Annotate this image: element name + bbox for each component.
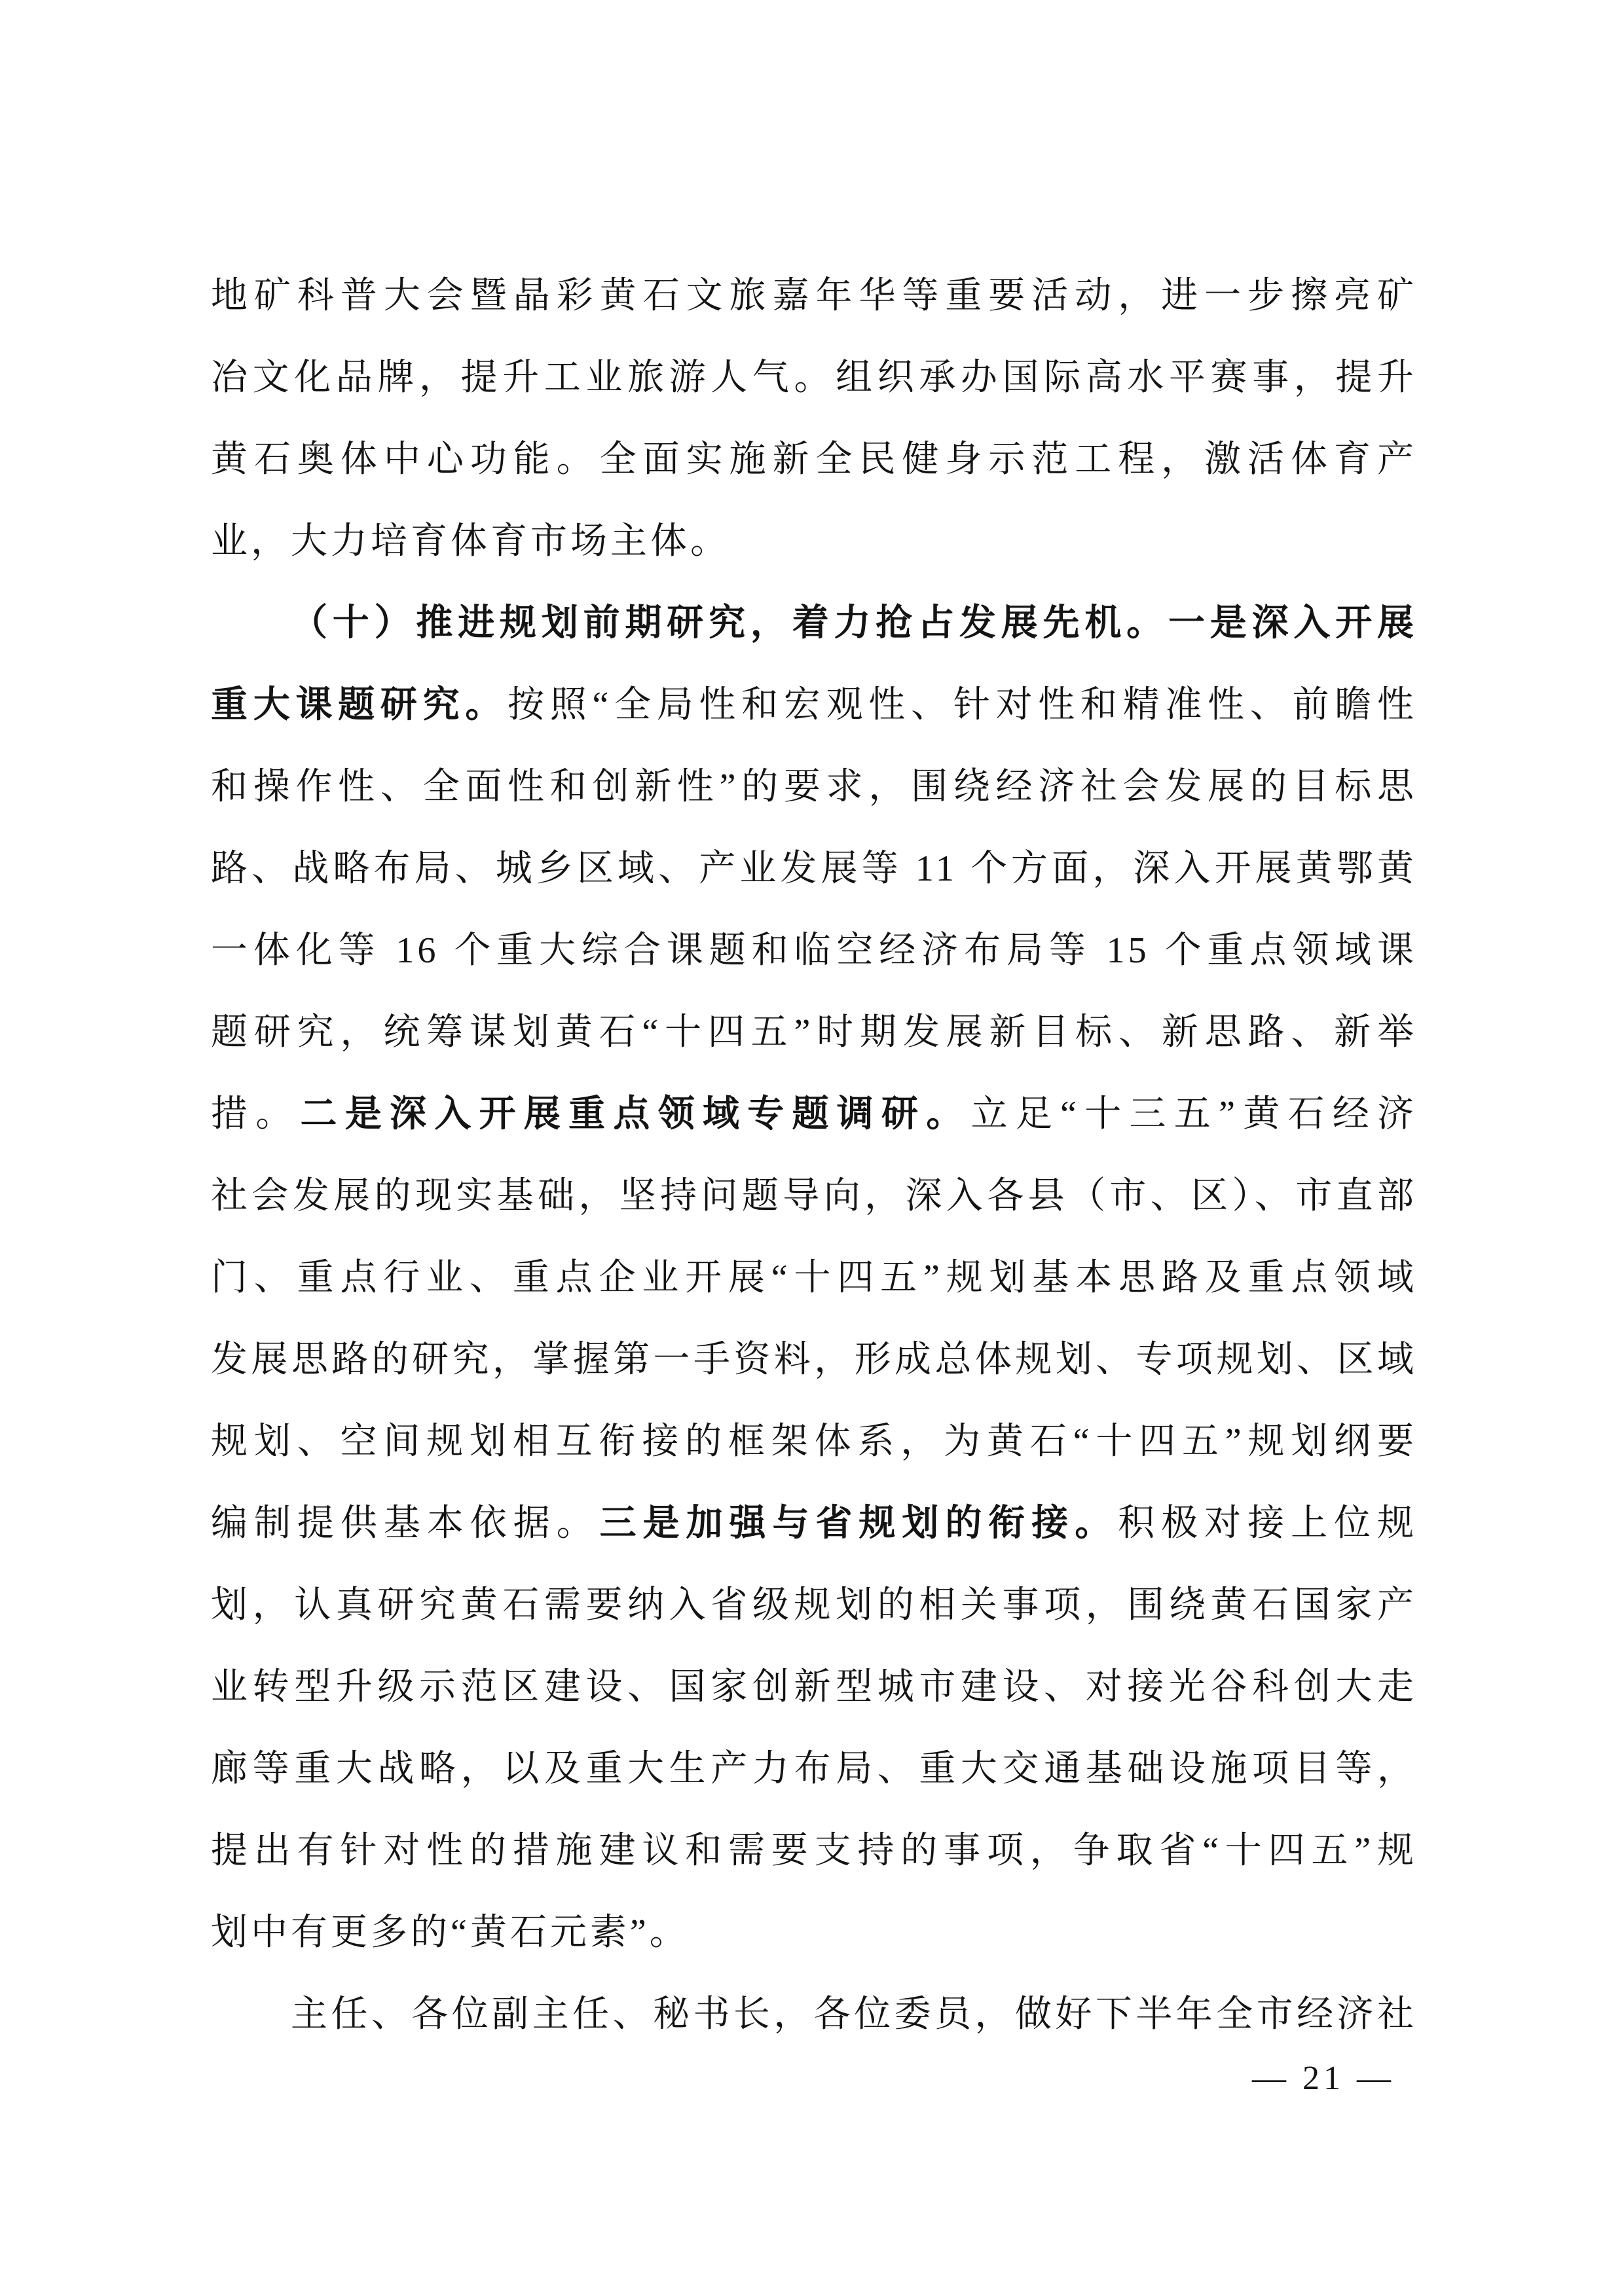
- text-line: 廊等重大战略，以及重大生产力布局、重大交通基础设施项目等，: [211, 1728, 1417, 1810]
- body-text: 路、战略布局、城乡区域、产业发展等 11 个方面，深入开展黄鄂黄: [211, 848, 1417, 889]
- body-text: 积极对接上位规: [1118, 1503, 1417, 1544]
- body-text: 廊等重大战略，以及重大生产力布局、重大交通基础设施项目等，: [211, 1749, 1417, 1789]
- body-text: 门、重点行业、重点企业开展“十四五”规划基本思路及重点领域: [211, 1258, 1417, 1298]
- emphasis-text: 一是深入开展: [1168, 603, 1417, 644]
- body-text: 划中有更多的“黄石元素”。: [211, 1912, 690, 1953]
- text-line: 规划、空间规划相互衔接的框架体系，为黄石“十四五”规划纲要: [211, 1401, 1417, 1483]
- emphasis-text: 重大课题研究。: [211, 685, 507, 725]
- body-text: 社会发展的现实基础，坚持问题导向，深入各县（市、区）、市直部: [211, 1176, 1417, 1216]
- body-text: 提出有针对性的措施建议和需要支持的事项，争取省“十四五”规: [211, 1831, 1417, 1871]
- body-text: 发展思路的研究，掌握第一手资料，形成总体规划、专项规划、区域: [211, 1339, 1417, 1380]
- page-number: — 21 —: [1252, 2056, 1395, 2102]
- emphasis-text: 二是深入开展重点领域专题调研。: [301, 1094, 971, 1135]
- body-text: 业转型升级示范区建设、国家创新型城市建设、对接光谷科创大走: [211, 1667, 1417, 1707]
- body-text: 措。: [211, 1094, 301, 1135]
- text-line: 措。二是深入开展重点领域专题调研。立足“十三五”黄石经济: [211, 1074, 1417, 1156]
- body-text: 规划、空间规划相互衔接的框架体系，为黄石“十四五”规划纲要: [211, 1421, 1417, 1462]
- text-line: 一体化等 16 个重大综合课题和临空经济布局等 15 个重点领域课: [211, 910, 1417, 992]
- text-line: 和操作性、全面性和创新性”的要求，围绕经济社会发展的目标思: [211, 746, 1417, 828]
- body-text: 冶文化品牌，提升工业旅游人气。组织承办国际高水平赛事，提升: [211, 357, 1417, 398]
- body-text: 地矿科普大会暨晶彩黄石文旅嘉年华等重要活动，进一步擦亮矿: [211, 276, 1417, 316]
- text-line: 业转型升级示范区建设、国家创新型城市建设、对接光谷科创大走: [211, 1647, 1417, 1728]
- document-page: { "page": { "background_color": "#ffffff…: [0, 0, 1624, 2296]
- body-text: 按照“全局性和宏观性、针对性和精准性、前瞻性: [507, 685, 1417, 725]
- body-text: 编制提供基本依据。: [211, 1503, 600, 1544]
- body-text: 和操作性、全面性和创新性”的要求，围绕经济社会发展的目标思: [211, 767, 1417, 807]
- body-text: 业，大力培育体育市场主体。: [211, 521, 730, 562]
- body-text: 主任、各位副主任、秘书长，各位委员，做好下半年全市经济社: [291, 1994, 1417, 2035]
- text-line: 业，大力培育体育市场主体。: [211, 501, 1417, 583]
- text-line: 主任、各位副主任、秘书长，各位委员，做好下半年全市经济社: [211, 1974, 1417, 2056]
- text-block: 地矿科普大会暨晶彩黄石文旅嘉年华等重要活动，进一步擦亮矿冶文化品牌，提升工业旅游…: [211, 255, 1417, 2056]
- text-line: 发展思路的研究，掌握第一手资料，形成总体规划、专项规划、区域: [211, 1319, 1417, 1401]
- text-line: 路、战略布局、城乡区域、产业发展等 11 个方面，深入开展黄鄂黄: [211, 828, 1417, 910]
- text-line: 题研究，统筹谋划黄石“十四五”时期发展新目标、新思路、新举: [211, 992, 1417, 1074]
- text-line: 重大课题研究。按照“全局性和宏观性、针对性和精准性、前瞻性: [211, 665, 1417, 746]
- text-line: 黄石奥体中心功能。全面实施新全民健身示范工程，激活体育产: [211, 419, 1417, 501]
- body-text: 一体化等 16 个重大综合课题和临空经济布局等 15 个重点领域课: [211, 930, 1417, 971]
- text-line: 提出有针对性的措施建议和需要支持的事项，争取省“十四五”规: [211, 1810, 1417, 1892]
- text-line: 地矿科普大会暨晶彩黄石文旅嘉年华等重要活动，进一步擦亮矿: [211, 255, 1417, 337]
- paragraph: 地矿科普大会暨晶彩黄石文旅嘉年华等重要活动，进一步擦亮矿冶文化品牌，提升工业旅游…: [211, 255, 1417, 583]
- emphasis-text: （十）推进规划前期研究，着力抢占发展先机。: [291, 603, 1168, 644]
- paragraph: 主任、各位副主任、秘书长，各位委员，做好下半年全市经济社: [211, 1974, 1417, 2056]
- body-text: 黄石奥体中心功能。全面实施新全民健身示范工程，激活体育产: [211, 439, 1417, 480]
- text-line: 编制提供基本依据。三是加强与省规划的衔接。积极对接上位规: [211, 1483, 1417, 1565]
- body-text: 划，认真研究黄石需要纳入省级规划的相关事项，围绕黄石国家产: [211, 1585, 1417, 1626]
- text-line: 划，认真研究黄石需要纳入省级规划的相关事项，围绕黄石国家产: [211, 1565, 1417, 1647]
- paragraph: （十）推进规划前期研究，着力抢占发展先机。一是深入开展重大课题研究。按照“全局性…: [211, 583, 1417, 1974]
- body-text: 立足“十三五”黄石经济: [971, 1094, 1417, 1135]
- text-line: 社会发展的现实基础，坚持问题导向，深入各县（市、区）、市直部: [211, 1156, 1417, 1237]
- text-line: 冶文化品牌，提升工业旅游人气。组织承办国际高水平赛事，提升: [211, 337, 1417, 419]
- text-line: （十）推进规划前期研究，着力抢占发展先机。一是深入开展: [211, 583, 1417, 665]
- body-text: 题研究，统筹谋划黄石“十四五”时期发展新目标、新思路、新举: [211, 1012, 1417, 1053]
- text-line: 划中有更多的“黄石元素”。: [211, 1892, 1417, 1974]
- text-line: 门、重点行业、重点企业开展“十四五”规划基本思路及重点领域: [211, 1237, 1417, 1319]
- emphasis-text: 三是加强与省规划的衔接。: [600, 1503, 1118, 1544]
